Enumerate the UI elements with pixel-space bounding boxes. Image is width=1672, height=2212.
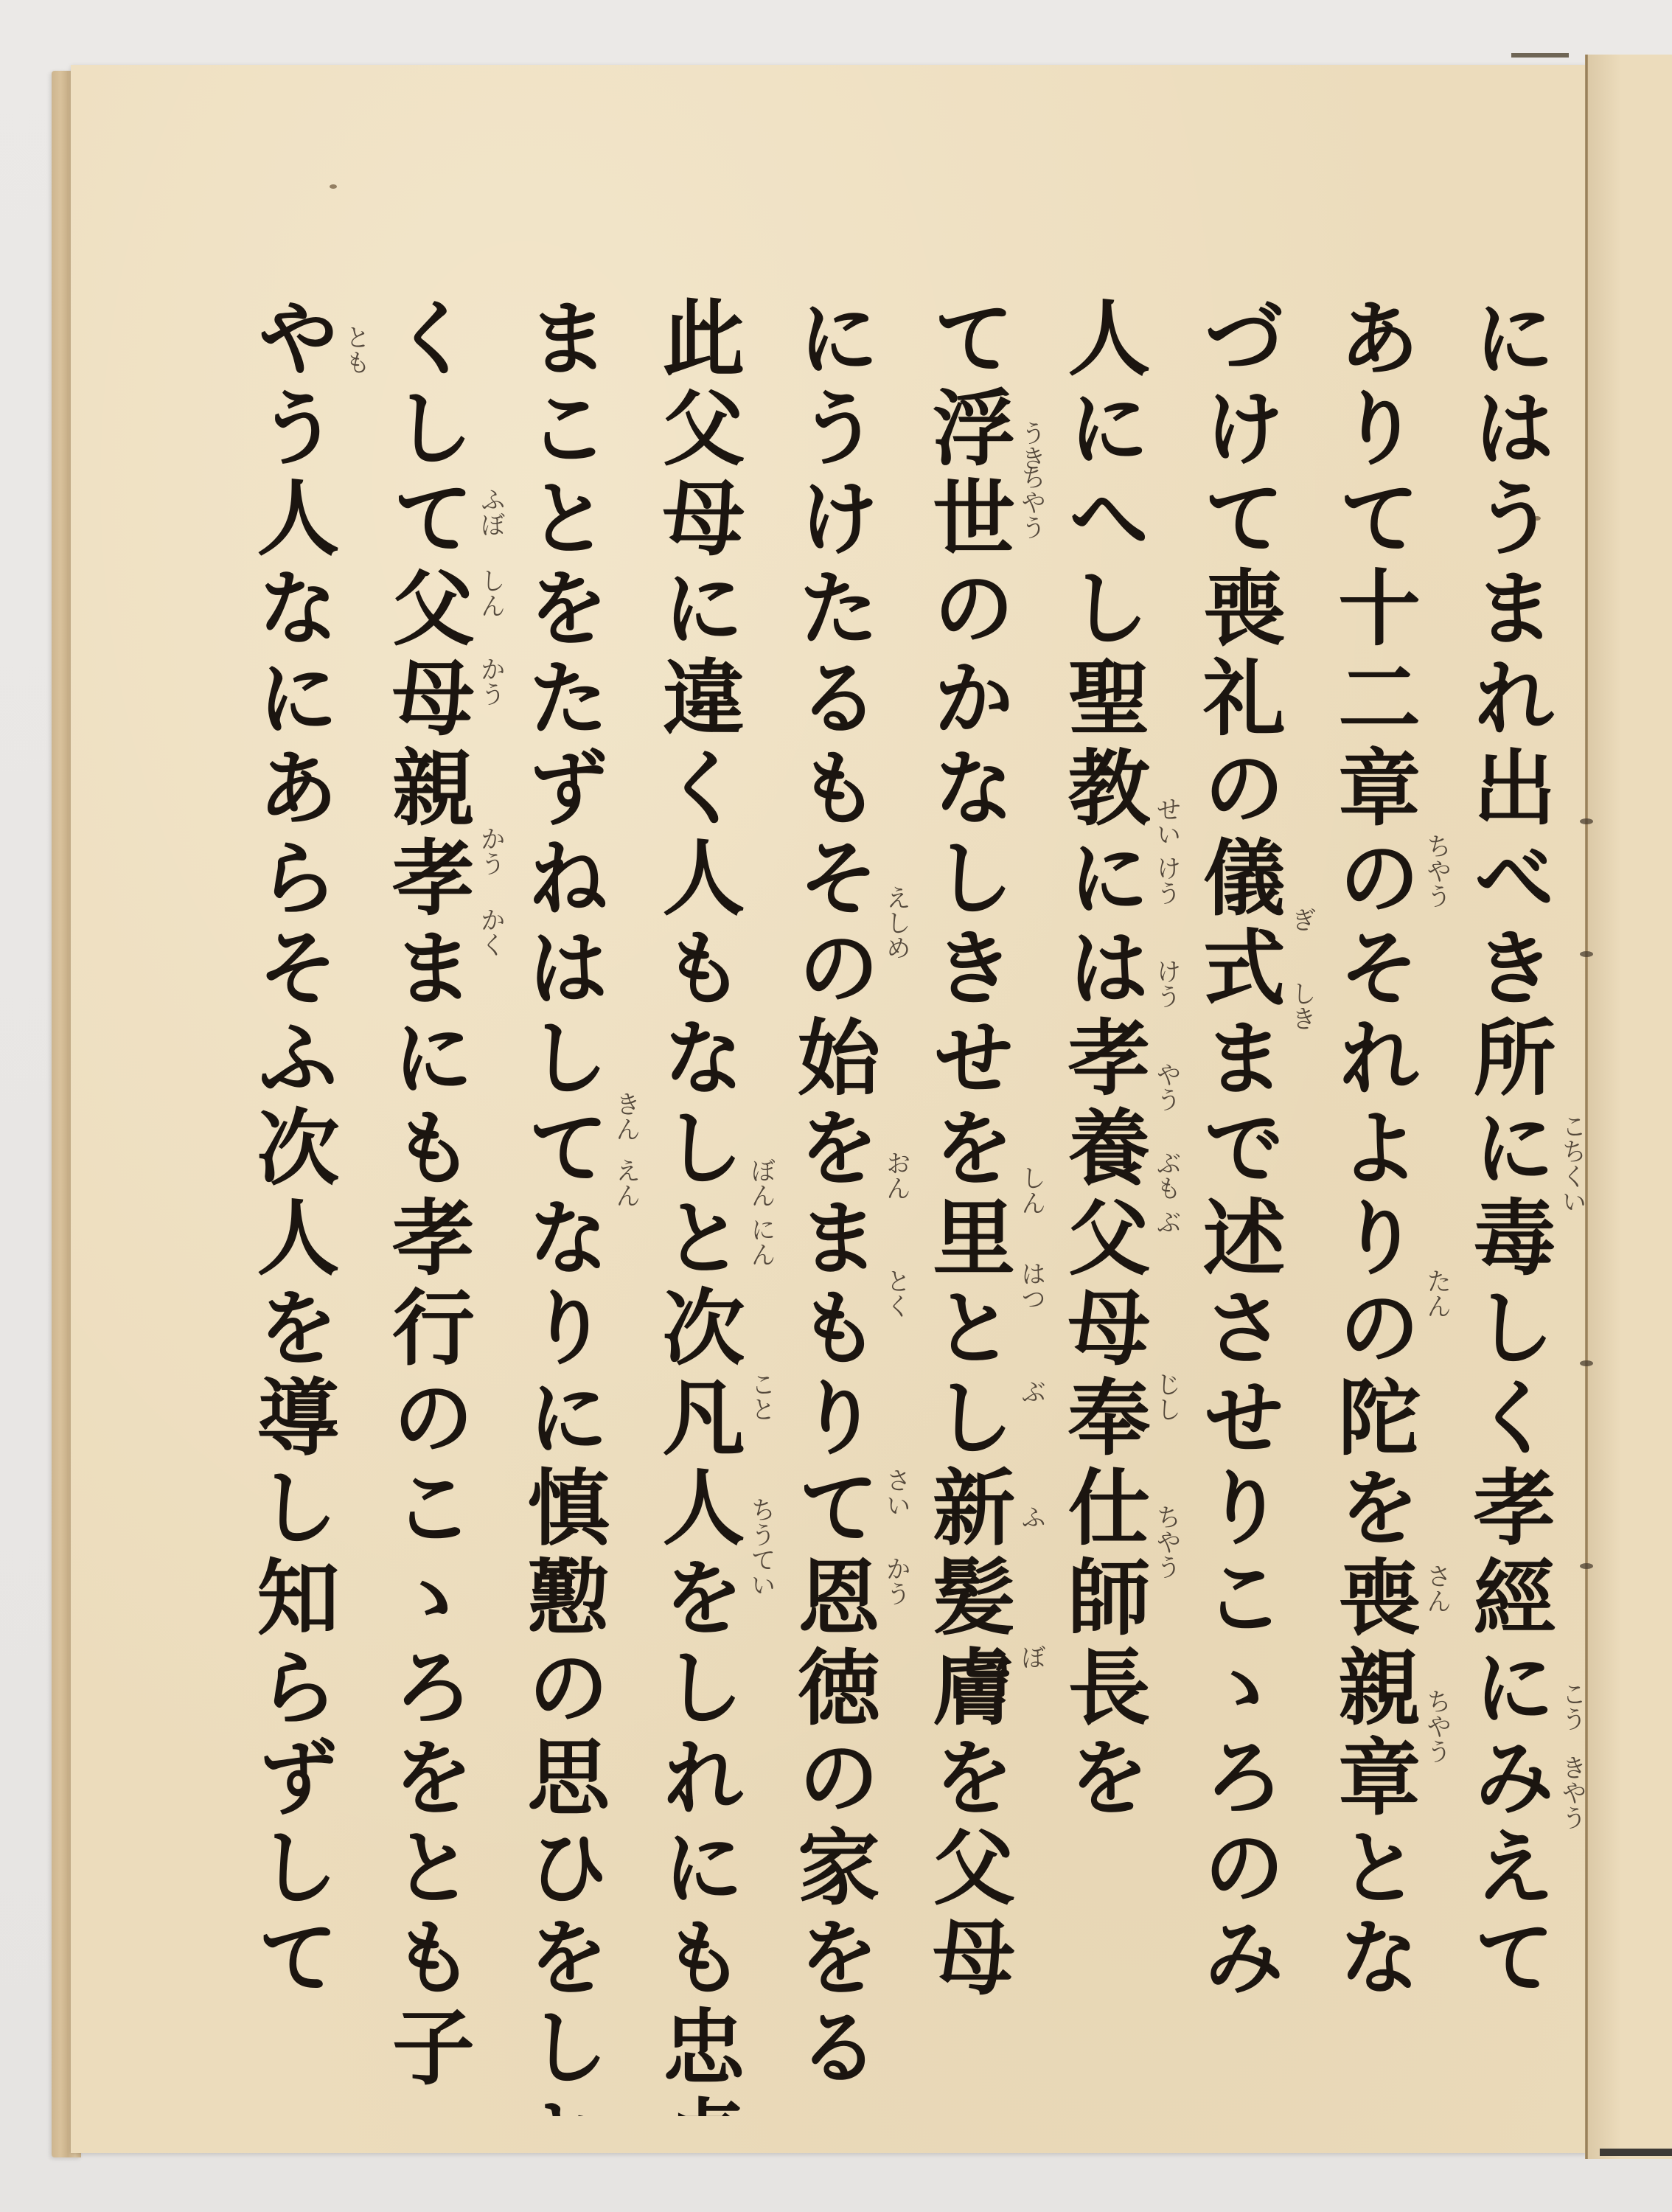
furigana-annotation: ふ [1018,1504,1045,1529]
back-cover-edge [1600,2149,1672,2156]
furigana-annotation: ちやう [1018,465,1045,540]
furigana-annotation: とく [882,1268,909,1318]
furigana-annotation: ちうてい [748,1497,774,1597]
text-column-8: まことをたずねはしてなりに慎懃の思ひをしと源 [514,295,610,2116]
furigana-annotation: じし [1153,1371,1180,1422]
furigana-annotation: こちくい [1558,1113,1585,1214]
furigana-annotation: かう [477,656,504,706]
text-column-7: 此父母に違く人もなしと次凡人をしれにも忠貞れ [649,295,745,2116]
furigana-annotation: けう [1153,855,1180,905]
text-column-4: 人にへし聖教には孝養父母奉仕師長を [1054,295,1150,2116]
furigana-annotation: ぼん [748,1158,774,1208]
furigana-annotation: こう [1558,1681,1585,1731]
binding-hole [1580,1563,1593,1569]
furigana-annotation: さい [882,1467,909,1517]
binding-hole [1580,1360,1593,1366]
text-column-5: て浮世のかなしきせを里とし新髪膚を父母 [919,295,1015,2116]
text-column-10: やう人なにあらそふ次人を導し知らずして [243,295,339,2116]
furigana-annotation: おん [882,1150,909,1200]
furigana-annotation: ぶ [1018,1379,1045,1404]
furigana-annotation: しん [1018,1165,1045,1215]
text-column-9: くして父母親孝まにも孝行のこゝろをとも子 [378,295,474,2116]
furigana-annotation: はつ [1018,1261,1045,1311]
ink-spot [330,184,337,189]
furigana-annotation: うき [1018,420,1045,470]
binding-clasp [1511,53,1569,58]
furigana-annotation: こと [748,1371,774,1422]
furigana-annotation: かう [477,826,504,876]
furigana-annotation: ちやう [1424,833,1450,908]
furigana-annotation: えしめ [882,885,909,960]
text-column-1: にはうまれ出べき所に毒しく孝經にみえて [1460,295,1556,2116]
furigana-annotation: かう [882,1556,909,1606]
furigana-annotation: けう [1153,959,1180,1009]
furigana-annotation: ちやう [1424,1688,1450,1764]
furigana-annotation: きやう [1558,1755,1585,1830]
facing-page-edge [1588,55,1672,2159]
furigana-annotation: せい [1153,796,1180,846]
furigana-annotation: にん [748,1217,774,1267]
furigana-annotation: ぼ [1018,1644,1045,1669]
furigana-annotation: たん [1424,1268,1450,1318]
furigana-annotation: やう [1153,1062,1180,1112]
binding-hole [1580,818,1593,824]
furigana-annotation: さん [1424,1563,1450,1613]
furigana-annotation: ふぼ [477,487,504,537]
text-column-2: ありて十二章のそれよりの陀を喪親章とな [1325,295,1421,2116]
furigana-annotation: ぶも [1153,1150,1180,1200]
text-column-3: づけて喪礼の儀式まで述させりこゝろのみ [1189,295,1285,2116]
furigana-annotation: しん [477,568,504,618]
furigana-annotation: とも [342,324,369,375]
photo-scene: にはうまれ出べき所に毒しく孝經にみえて ありて十二章のそれよりの陀を喪親章とな … [0,0,1672,2212]
furigana-annotation: かく [477,907,504,957]
binding-hole [1580,951,1593,957]
furigana-annotation: えん [613,1158,639,1208]
text-column-6: にうけたるもその始をまもりて恩徳の家をる [784,295,879,2116]
calligraphy-text-area: にはうまれ出べき所に毒しく孝經にみえて ありて十二章のそれよりの陀を喪親章とな … [243,295,1556,2116]
furigana-annotation: ぶ [1153,1209,1180,1234]
furigana-annotation: ちやう [1153,1504,1180,1579]
furigana-annotation: きん [613,1091,639,1141]
furigana-annotation: ぎ [1288,907,1314,932]
furigana-annotation: しき [1288,981,1314,1031]
